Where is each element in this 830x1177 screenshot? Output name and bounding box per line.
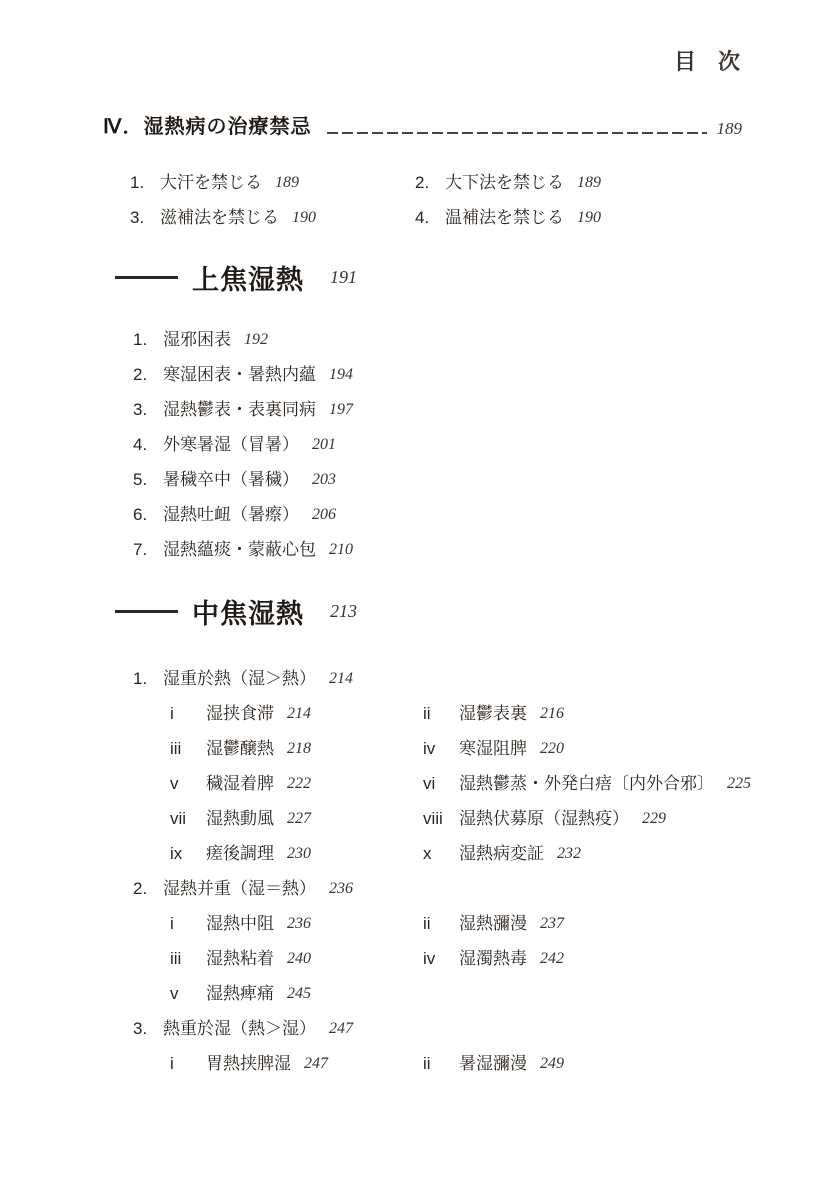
subitem-label: 湿熱鬱蒸・外発白㾦〔内外合邪〕 [459, 766, 714, 801]
item-number: 2. [133, 871, 163, 906]
item-number: 1. [133, 661, 163, 696]
subitem-page: 216 [540, 696, 564, 731]
item-page: 194 [329, 357, 353, 392]
item-number: 5. [133, 462, 163, 497]
subitem-numeral: i [170, 906, 196, 941]
subitem-page: 245 [287, 976, 311, 1011]
subitem-numeral: ii [423, 1046, 449, 1081]
section-title: 中焦湿熱 [192, 592, 304, 631]
heading-rule [115, 610, 178, 613]
subitem-label: 湿挟食滞 [206, 696, 274, 731]
item-page: 189 [577, 165, 601, 200]
item-label: 湿熱吐衄（暑瘵） [163, 497, 299, 532]
subitem-page: 222 [287, 766, 311, 801]
item-label: 湿邪困表 [163, 322, 231, 357]
item-page: 190 [292, 200, 316, 235]
item-number: 2. [133, 357, 163, 392]
chapter-items: 1. 大汗を禁じる 189 2. 大下法を禁じる 189 3. 滋補法を禁じる … [0, 165, 830, 235]
subitem-page: 225 [727, 766, 751, 801]
item-number: 1. [130, 165, 160, 200]
toc-subrow: v 穢湿着脾 222 vi 湿熱鬱蒸・外発白㾦〔内外合邪〕 225 [0, 766, 830, 801]
subitem-label: 穢湿着脾 [206, 766, 274, 801]
toc-row: 1. 大汗を禁じる 189 2. 大下法を禁じる 189 [0, 165, 830, 200]
toc-page: 目 次 Ⅳ．湿熱病の治療禁忌 189 1. 大汗を禁じる 189 2. 大下法を… [0, 0, 830, 1177]
dotted-leader [327, 123, 706, 137]
subitem-label: 湿熱中阻 [206, 906, 274, 941]
item-label: 湿重於熱（湿＞熱） [163, 661, 316, 696]
item-label: 暑穢卒中（暑穢） [163, 462, 299, 497]
subitem-page: 232 [557, 836, 581, 871]
item-number: 6. [133, 497, 163, 532]
subitem-page: 247 [304, 1046, 328, 1081]
subitem-page: 240 [287, 941, 311, 976]
subitem-numeral: iii [170, 731, 196, 766]
item-page: 189 [275, 165, 299, 200]
item-page: 197 [329, 392, 353, 427]
item-number: 3. [133, 392, 163, 427]
item-number: 2. [415, 165, 445, 200]
item-label: 熱重於湿（熱＞湿） [163, 1011, 316, 1046]
toc-row: 7. 湿熱蘊痰・蒙蔽心包 210 [0, 532, 830, 567]
subitem-numeral: i [170, 1046, 196, 1081]
toc-subrow: i 胃熱挟脾湿 247 ii 暑湿瀰漫 249 [0, 1046, 830, 1081]
item-label: 湿熱并重（湿＝熱） [163, 871, 316, 906]
section-title: 上焦湿熱 [192, 258, 304, 297]
subitem-label: 湿熱伏募原（湿熱疫） [459, 801, 629, 836]
toc-subrow: ix 瘥後調理 230 x 湿熱病変証 232 [0, 836, 830, 871]
subitem-label: 寒湿阻脾 [459, 731, 527, 766]
toc-subrow: iii 湿熱粘着 240 iv 湿濁熱毒 242 [0, 941, 830, 976]
subitem-label: 湿熱病変証 [459, 836, 544, 871]
item-number: 3. [130, 200, 160, 235]
toc-subrow: vii 湿熱動風 227 viii 湿熱伏募原（湿熱疫） 229 [0, 801, 830, 836]
chapter-title-text: 湿熱病の治療禁忌 [143, 116, 311, 138]
toc-subrow: iii 湿鬱醸熱 218 iv 寒湿阻脾 220 [0, 731, 830, 766]
item-label: 外寒暑湿（冒暑） [163, 427, 299, 462]
subitem-page: 242 [540, 941, 564, 976]
subitem-numeral: x [423, 836, 449, 871]
chapter-page-number: 189 [717, 119, 743, 139]
section-items: 1. 湿邪困表 192 2. 寒湿困表・暑熱内蘊 194 3. 湿熱鬱表・表裏同… [0, 322, 830, 567]
item-number: 4. [133, 427, 163, 462]
subitem-numeral: vii [170, 801, 196, 836]
subitem-label: 湿熱粘着 [206, 941, 274, 976]
subitem-numeral: v [170, 766, 196, 801]
subitem-label: 胃熱挟脾湿 [206, 1046, 291, 1081]
item-number: 1. [133, 322, 163, 357]
subitem-page: 227 [287, 801, 311, 836]
subitem-label: 湿熱痺痛 [206, 976, 274, 1011]
toc-row: 3. 滋補法を禁じる 190 4. 温補法を禁じる 190 [0, 200, 830, 235]
toc-row: 1. 湿重於熱（湿＞熱） 214 [0, 661, 830, 696]
item-label: 温補法を禁じる [445, 200, 564, 235]
subitem-numeral: v [170, 976, 196, 1011]
item-page: 201 [312, 427, 336, 462]
chapter-heading: Ⅳ．湿熱病の治療禁忌 189 [0, 110, 830, 139]
section-page-number: 191 [330, 267, 357, 288]
subitem-page: 214 [287, 696, 311, 731]
item-page: 206 [312, 497, 336, 532]
toc-row: 5. 暑穢卒中（暑穢） 203 [0, 462, 830, 497]
subitem-label: 湿濁熱毒 [459, 941, 527, 976]
subitem-label: 湿熱瀰漫 [459, 906, 527, 941]
subitem-page: 229 [642, 801, 666, 836]
toc-row: 2. 寒湿困表・暑熱内蘊 194 [0, 357, 830, 392]
subitem-numeral: ix [170, 836, 196, 871]
toc-subrow: i 湿挟食滞 214 ii 湿鬱表裏 216 [0, 696, 830, 731]
toc-subrow: v 湿熱痺痛 245 [0, 976, 830, 1011]
subitem-numeral: viii [423, 801, 449, 836]
item-label: 寒湿困表・暑熱内蘊 [163, 357, 316, 392]
heading-rule [115, 276, 178, 279]
subitem-numeral: ii [423, 906, 449, 941]
subitem-page: 249 [540, 1046, 564, 1081]
section-heading: 中焦湿熱 213 [0, 592, 830, 631]
subitem-label: 暑湿瀰漫 [459, 1046, 527, 1081]
toc-row: 3. 熱重於湿（熱＞湿） 247 [0, 1011, 830, 1046]
subitem-label: 湿鬱醸熱 [206, 731, 274, 766]
item-number: 7. [133, 532, 163, 567]
section-page-number: 213 [330, 601, 357, 622]
toc-row: 6. 湿熱吐衄（暑瘵） 206 [0, 497, 830, 532]
item-page: 236 [329, 871, 353, 906]
item-page: 247 [329, 1011, 353, 1046]
item-label: 湿熱蘊痰・蒙蔽心包 [163, 532, 316, 567]
toc-row: 1. 湿邪困表 192 [0, 322, 830, 357]
chapter-title: Ⅳ．湿熱病の治療禁忌 [103, 110, 311, 139]
item-label: 滋補法を禁じる [160, 200, 279, 235]
subitem-label: 瘥後調理 [206, 836, 274, 871]
subitem-numeral: iii [170, 941, 196, 976]
toc-header-label: 目 次 [674, 45, 740, 76]
subitem-page: 230 [287, 836, 311, 871]
item-number: 3. [133, 1011, 163, 1046]
item-page: 190 [577, 200, 601, 235]
subitem-numeral: iv [423, 731, 449, 766]
item-page: 203 [312, 462, 336, 497]
subitem-page: 237 [540, 906, 564, 941]
section-heading: 上焦湿熱 191 [0, 258, 830, 297]
item-label: 大下法を禁じる [445, 165, 564, 200]
item-page: 192 [244, 322, 268, 357]
section-items: 1. 湿重於熱（湿＞熱） 214 i 湿挟食滞 214 ii 湿鬱表裏 216 [0, 661, 830, 1081]
item-label: 湿熱鬱表・表裏同病 [163, 392, 316, 427]
subitem-label: 湿鬱表裏 [459, 696, 527, 731]
subitem-label: 湿熱動風 [206, 801, 274, 836]
item-page: 210 [329, 532, 353, 567]
item-number: 4. [415, 200, 445, 235]
chapter-block: Ⅳ．湿熱病の治療禁忌 189 1. 大汗を禁じる 189 2. 大下法を禁じる … [0, 110, 830, 235]
subitem-page: 236 [287, 906, 311, 941]
section-jousho-block: 上焦湿熱 191 1. 湿邪困表 192 2. 寒湿困表・暑熱内蘊 194 3.… [0, 258, 830, 567]
toc-row: 2. 湿熱并重（湿＝熱） 236 [0, 871, 830, 906]
toc-row: 4. 外寒暑湿（冒暑） 201 [0, 427, 830, 462]
toc-subrow: i 湿熱中阻 236 ii 湿熱瀰漫 237 [0, 906, 830, 941]
item-label: 大汗を禁じる [160, 165, 262, 200]
chapter-numeral: Ⅳ． [103, 116, 143, 138]
subitem-numeral: iv [423, 941, 449, 976]
subitem-numeral: ii [423, 696, 449, 731]
item-page: 214 [329, 661, 353, 696]
subitem-numeral: vi [423, 766, 449, 801]
subitem-page: 218 [287, 731, 311, 766]
section-chusho-block: 中焦湿熱 213 1. 湿重於熱（湿＞熱） 214 i 湿挟食滞 214 ii … [0, 592, 830, 1081]
toc-row: 3. 湿熱鬱表・表裏同病 197 [0, 392, 830, 427]
subitem-numeral: i [170, 696, 196, 731]
subitem-page: 220 [540, 731, 564, 766]
